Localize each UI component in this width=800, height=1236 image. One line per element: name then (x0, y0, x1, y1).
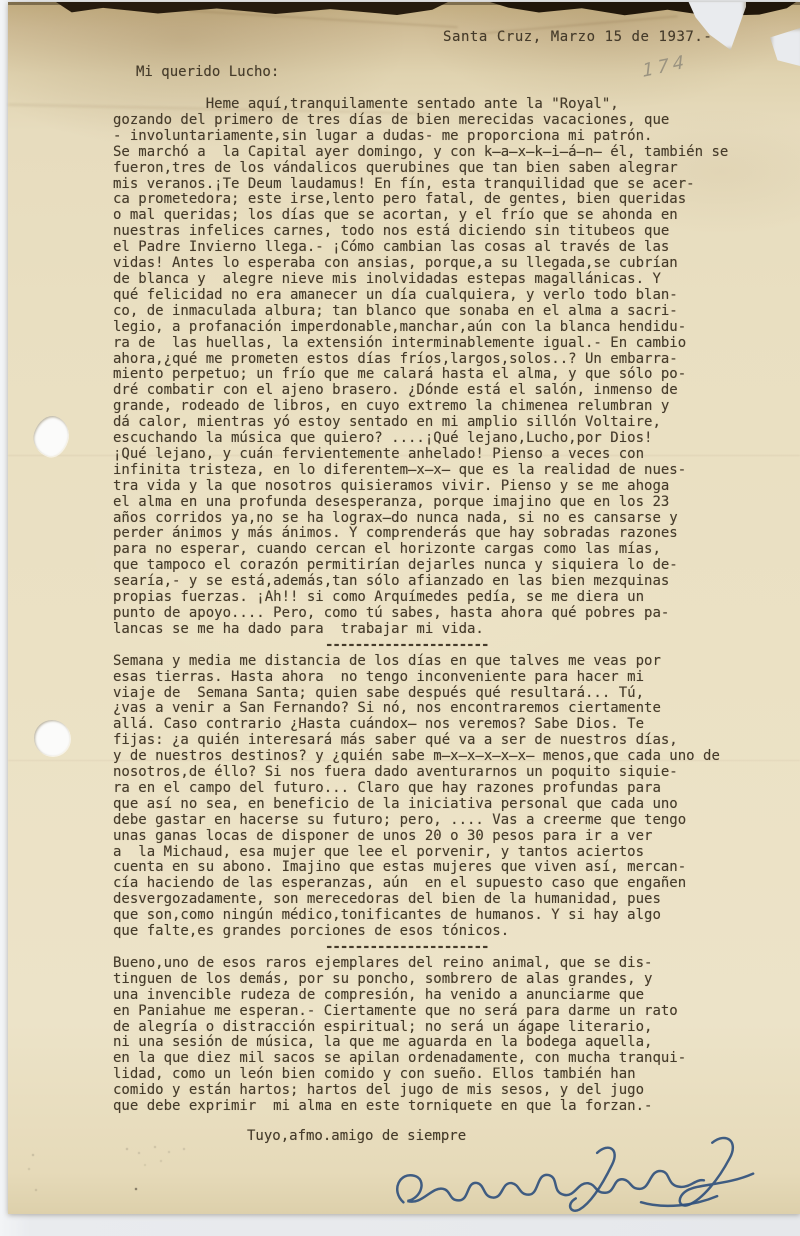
date-line: Santa Cruz, Marzo 15 de 1937.- (443, 29, 712, 45)
salutation: Mi querido Lucho: (136, 64, 279, 80)
torn-edge-top-right (490, 2, 796, 16)
letter-page: Santa Cruz, Marzo 15 de 1937.- 174 Mi qu… (8, 2, 800, 1214)
paragraph-1: Heme aquí,tranquilamente sentado ante la… (113, 97, 733, 638)
punch-hole-top (29, 412, 74, 461)
torn-edge-top (8, 2, 800, 5)
torn-notch-right-edge (770, 28, 800, 66)
punch-hole-bottom (34, 720, 70, 756)
paragraph-3: Bueno,uno de esos raros ejemplares del r… (113, 956, 733, 1115)
page-number-annotation: 174 (642, 51, 689, 82)
letter-body: Heme aquí,tranquilamente sentado ante la… (113, 97, 733, 1144)
paragraph-2: Semana y media me distancia de los días … (113, 654, 733, 940)
separator-2: ---------------------- (113, 940, 733, 956)
torn-edge-top-left (56, 2, 448, 15)
pencil-smudge (8, 2, 10, 4)
crease-line (188, 10, 458, 28)
separator-1: ---------------------- (113, 638, 733, 654)
